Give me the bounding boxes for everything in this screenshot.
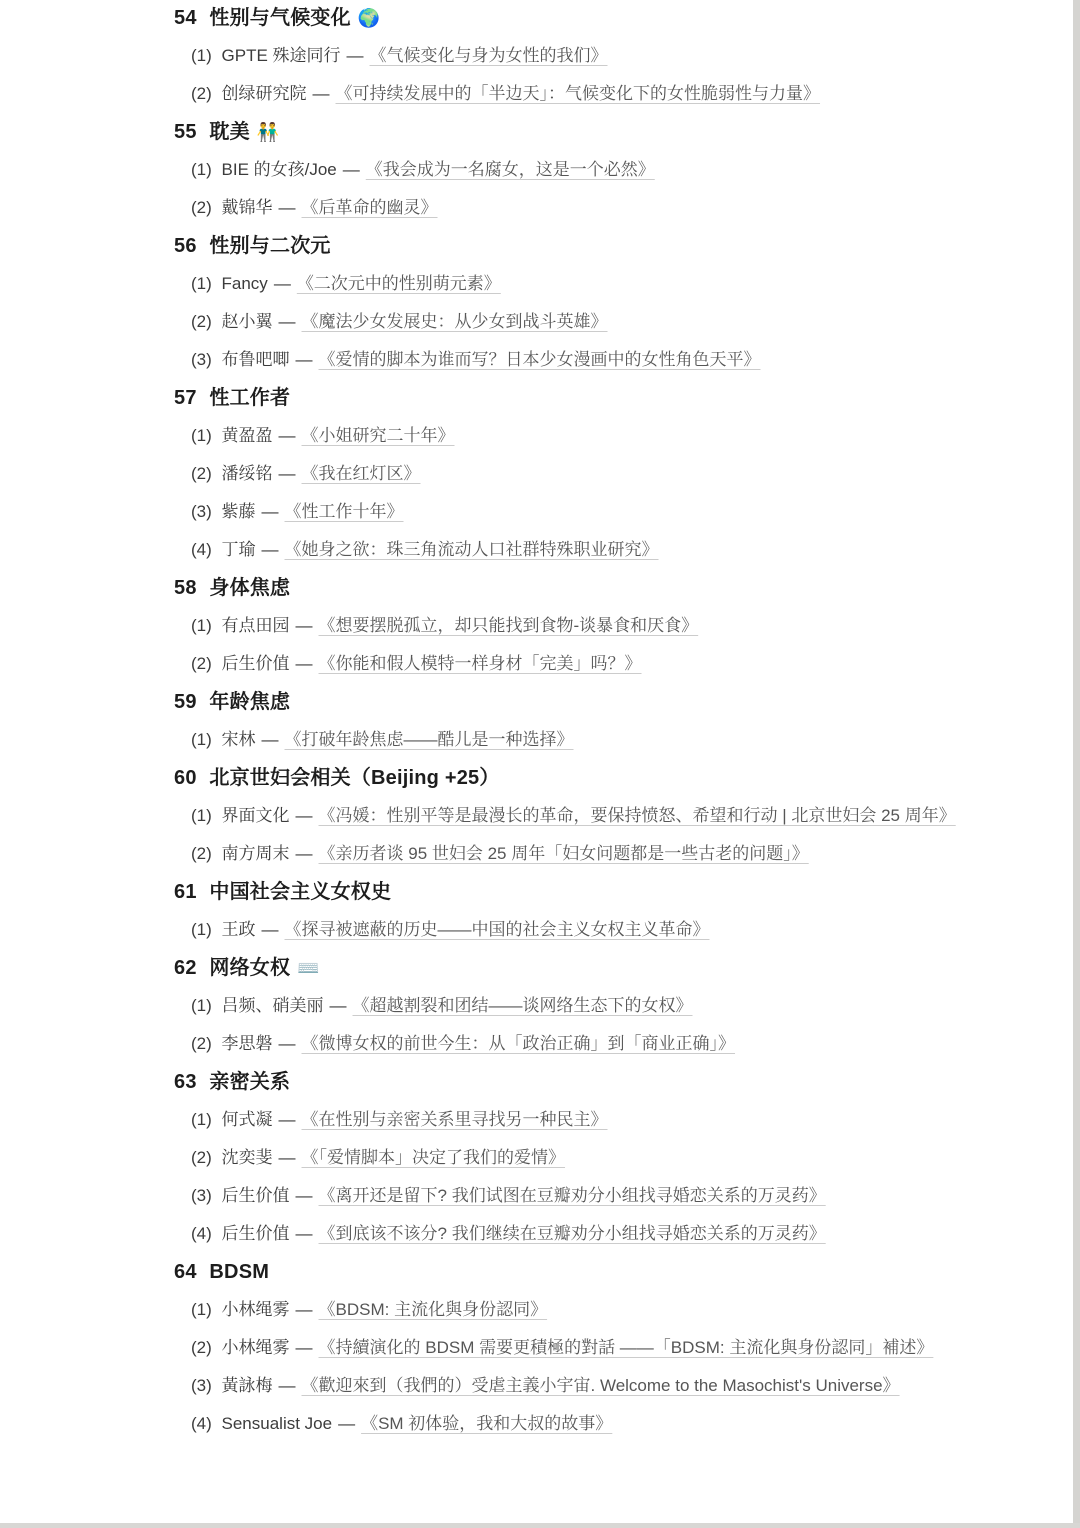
document-page: 54 性别与气候变化🌍 (1) GPTE 殊途同行—《气候变化与身为女性的我们》… (0, 0, 1080, 1528)
item-author: 黃詠梅 (217, 1376, 273, 1395)
list-item: (2) 戴锦华—《后革命的幽灵》 (191, 196, 1050, 220)
article-link[interactable]: 《气候变化与身为女性的我们》 (370, 46, 608, 65)
item-dash: — (279, 1376, 296, 1395)
section-heading: 64 BDSM (174, 1260, 1050, 1284)
article-link[interactable]: 《「爱情脚本」决定了我们的爱情》 (302, 1148, 566, 1167)
item-dash: — (296, 350, 313, 369)
item-dash: — (279, 426, 296, 445)
item-dash: — (296, 1300, 313, 1319)
item-dash: — (296, 654, 313, 673)
list-item: (1) 黄盈盈—《小姐研究二十年》 (191, 424, 1050, 448)
article-link[interactable]: 《歡迎來到（我們的）受虐主義小宇宙. Welcome to the Masoch… (302, 1376, 900, 1395)
section-title: 性工作者 (209, 387, 290, 409)
list-item: (3) 黃詠梅—《歡迎來到（我們的）受虐主義小宇宙. Welcome to th… (191, 1374, 1050, 1398)
item-dash: — (296, 844, 313, 863)
list-item: (1) 小林绳雾—《BDSM: 主流化與身份認同》 (191, 1298, 1050, 1322)
item-author: Fancy (217, 274, 268, 293)
list-item: (1) 王政—《探寻被遮蔽的历史——中国的社会主义女权主义革命》 (191, 918, 1050, 942)
section-items: (1) GPTE 殊途同行—《气候变化与身为女性的我们》 (2) 创绿研究院—《… (174, 44, 1050, 106)
item-dash: — (338, 1414, 355, 1433)
item-index: (1) (191, 160, 212, 179)
list-item: (2) 李思磐—《微博女权的前世今生：从「政治正确」到「商业正确」》 (191, 1032, 1050, 1056)
article-link[interactable]: 《后革命的幽灵》 (302, 198, 438, 217)
article-link[interactable]: 《SM 初体验，我和大叔的故事》 (361, 1414, 612, 1433)
section-number: 62 (174, 957, 202, 979)
section-items: (1) BIE 的女孩/Joe—《我会成为一名腐女，这是一个必然》 (2) 戴锦… (174, 158, 1050, 220)
item-author: 布鲁吧唧 (217, 350, 290, 369)
page-right-edge (1073, 0, 1080, 1528)
section-heading: 59 年龄焦虑 (174, 690, 1050, 714)
list-item: (4) Sensualist Joe—《SM 初体验，我和大叔的故事》 (191, 1412, 1050, 1436)
list-item: (2) 赵小翼—《魔法少女发展史：从少女到战斗英雄》 (191, 310, 1050, 334)
item-author: 丁瑜 (217, 540, 256, 559)
section-number: 63 (174, 1071, 202, 1093)
item-dash: — (279, 1148, 296, 1167)
list-item: (1) BIE 的女孩/Joe—《我会成为一名腐女，这是一个必然》 (191, 158, 1050, 182)
item-index: (2) (191, 654, 212, 673)
section-items: (1) 宋林—《打破年龄焦虑——酷儿是一种选择》 (174, 728, 1050, 752)
item-author: 后生价值 (217, 1186, 290, 1205)
item-dash: — (296, 806, 313, 825)
item-dash: — (279, 312, 296, 331)
article-link[interactable]: 《微博女权的前世今生：从「政治正确」到「商业正确」》 (302, 1034, 736, 1053)
list-item: (1) Fancy—《二次元中的性别萌元素》 (191, 272, 1050, 296)
item-dash: — (343, 160, 360, 179)
topic-section-58: 58 身体焦虑 (1) 有点田园—《想要摆脱孤立，却只能找到食物-谈暴食和厌食》… (174, 576, 1050, 676)
reading-list: 54 性别与气候变化🌍 (1) GPTE 殊途同行—《气候变化与身为女性的我们》… (174, 6, 1050, 1436)
section-title: 身体焦虑 (209, 577, 290, 599)
item-index: (1) (191, 46, 212, 65)
article-link[interactable]: 《离开还是留下? 我们试图在豆瓣劝分小组找寻婚恋关系的万灵药》 (319, 1186, 826, 1205)
list-item: (2) 南方周末—《亲历者谈 95 世妇会 25 周年「妇女问题都是一些古老的问… (191, 842, 1050, 866)
section-heading: 54 性别与气候变化🌍 (174, 6, 1050, 30)
item-index: (1) (191, 616, 212, 635)
article-link[interactable]: 《二次元中的性别萌元素》 (297, 274, 501, 293)
section-items: (1) Fancy—《二次元中的性别萌元素》 (2) 赵小翼—《魔法少女发展史：… (174, 272, 1050, 372)
list-item: (4) 后生价值—《到底该不该分? 我们继续在豆瓣劝分小组找寻婚恋关系的万灵药》 (191, 1222, 1050, 1246)
item-author: 小林绳雾 (217, 1338, 290, 1357)
item-dash: — (296, 1186, 313, 1205)
topic-section-63: 63 亲密关系 (1) 何式凝—《在性别与亲密关系里寻找另一种民主》 (2) 沈… (174, 1070, 1050, 1246)
section-number: 58 (174, 577, 202, 599)
article-link[interactable]: 《到底该不该分? 我们继续在豆瓣劝分小组找寻婚恋关系的万灵药》 (319, 1224, 826, 1243)
item-author: 南方周末 (217, 844, 290, 863)
item-dash: — (279, 1110, 296, 1129)
globe-icon: 🌍 (358, 8, 381, 28)
item-author: Sensualist Joe (217, 1414, 332, 1433)
article-link[interactable]: 《想要摆脱孤立，却只能找到食物-谈暴食和厌食》 (319, 616, 699, 635)
item-dash: — (279, 1034, 296, 1053)
item-dash: — (274, 274, 291, 293)
list-item: (3) 布鲁吧唧—《爱情的脚本为谁而写？日本少女漫画中的女性角色天平》 (191, 348, 1050, 372)
section-heading: 60 北京世妇会相关（Beijing +25） (174, 766, 1050, 790)
section-number: 56 (174, 235, 202, 257)
article-link[interactable]: 《小姐研究二十年》 (302, 426, 455, 445)
list-item: (3) 紫藤—《性工作十年》 (191, 500, 1050, 524)
list-item: (1) 何式凝—《在性别与亲密关系里寻找另一种民主》 (191, 1108, 1050, 1132)
article-link[interactable]: 《探寻被遮蔽的历史——中国的社会主义女权主义革命》 (285, 920, 710, 939)
topic-section-64: 64 BDSM (1) 小林绳雾—《BDSM: 主流化與身份認同》 (2) 小林… (174, 1260, 1050, 1436)
item-author: 后生价值 (217, 1224, 290, 1243)
section-items: (1) 王政—《探寻被遮蔽的历史——中国的社会主义女权主义革命》 (174, 918, 1050, 942)
section-title: 年龄焦虑 (209, 691, 290, 713)
section-number: 64 (174, 1261, 202, 1283)
item-author: 后生价值 (217, 654, 290, 673)
article-link[interactable]: 《BDSM: 主流化與身份認同》 (319, 1300, 548, 1319)
item-index: (1) (191, 920, 212, 939)
topic-section-60: 60 北京世妇会相关（Beijing +25） (1) 界面文化—《冯媛：性别平… (174, 766, 1050, 866)
article-link[interactable]: 《持續演化的 BDSM 需要更積極的對話 ——「BDSM: 主流化與身份認同」補… (319, 1338, 934, 1357)
item-dash: — (262, 540, 279, 559)
item-dash: — (279, 464, 296, 483)
topic-section-54: 54 性别与气候变化🌍 (1) GPTE 殊途同行—《气候变化与身为女性的我们》… (174, 6, 1050, 106)
item-index: (4) (191, 1414, 212, 1433)
item-index: (3) (191, 1376, 212, 1395)
item-author: 宋林 (217, 730, 256, 749)
item-author: 黄盈盈 (217, 426, 273, 445)
item-author: 吕频、硝美丽 (217, 996, 324, 1015)
item-author: 王政 (217, 920, 256, 939)
section-title: 耽美 (209, 121, 249, 143)
item-index: (1) (191, 1300, 212, 1319)
item-author: 紫藤 (217, 502, 256, 521)
section-heading: 55 耽美👬 (174, 120, 1050, 144)
item-index: (2) (191, 1338, 212, 1357)
section-title: 亲密关系 (209, 1071, 290, 1093)
item-index: (3) (191, 502, 212, 521)
item-dash: — (296, 1338, 313, 1357)
article-link[interactable]: 《我在红灯区》 (302, 464, 421, 483)
section-title: 性别与二次元 (209, 235, 330, 257)
item-index: (1) (191, 806, 212, 825)
item-index: (2) (191, 464, 212, 483)
topic-section-62: 62 网络女权⌨️ (1) 吕频、硝美丽—《超越割裂和团结——谈网络生态下的女权… (174, 956, 1050, 1056)
article-link[interactable]: 《可持续发展中的「半边天」：气候变化下的女性脆弱性与力量》 (336, 84, 821, 103)
article-link[interactable]: 《打破年龄焦虑——酷儿是一种选择》 (285, 730, 574, 749)
section-number: 60 (174, 767, 202, 789)
two-men-icon: 👬 (257, 122, 280, 142)
article-link[interactable]: 《我会成为一名腐女，这是一个必然》 (366, 160, 655, 179)
item-index: (1) (191, 426, 212, 445)
item-author: 有点田园 (217, 616, 290, 635)
section-number: 57 (174, 387, 202, 409)
item-dash: — (279, 198, 296, 217)
item-dash: — (330, 996, 347, 1015)
section-title: BDSM (209, 1261, 269, 1283)
list-item: (2) 后生价值—《你能和假人模特一样身材「完美」吗？》 (191, 652, 1050, 676)
article-link[interactable]: 《亲历者谈 95 世妇会 25 周年「妇女问题都是一些古老的问题」》 (319, 844, 809, 863)
item-author: BIE 的女孩/Joe (217, 160, 337, 179)
item-index: (3) (191, 350, 212, 369)
section-heading: 61 中国社会主义女权史 (174, 880, 1050, 904)
topic-section-61: 61 中国社会主义女权史 (1) 王政—《探寻被遮蔽的历史——中国的社会主义女权… (174, 880, 1050, 942)
item-index: (2) (191, 1034, 212, 1053)
section-items: (1) 有点田园—《想要摆脱孤立，却只能找到食物-谈暴食和厌食》 (2) 后生价… (174, 614, 1050, 676)
article-link[interactable]: 《魔法少女发展史：从少女到战斗英雄》 (302, 312, 608, 331)
item-author: 沈奕斐 (217, 1148, 273, 1167)
item-dash: — (296, 1224, 313, 1243)
item-index: (1) (191, 996, 212, 1015)
section-title: 性别与气候变化 (209, 7, 350, 29)
article-link[interactable]: 《你能和假人模特一样身材「完美」吗？》 (319, 654, 642, 673)
section-title: 中国社会主义女权史 (209, 881, 391, 903)
item-author: 戴锦华 (217, 198, 273, 217)
section-items: (1) 小林绳雾—《BDSM: 主流化與身份認同》 (2) 小林绳雾—《持續演化… (174, 1298, 1050, 1436)
list-item: (2) 潘绥铭—《我在红灯区》 (191, 462, 1050, 486)
item-index: (2) (191, 84, 212, 103)
item-dash: — (262, 730, 279, 749)
list-item: (4) 丁瑜—《她身之欲：珠三角流动人口社群特殊职业研究》 (191, 538, 1050, 562)
list-item: (1) 界面文化—《冯媛：性别平等是最漫长的革命，要保持愤怒、希望和行动 | 北… (191, 804, 1050, 828)
topic-section-57: 57 性工作者 (1) 黄盈盈—《小姐研究二十年》 (2) 潘绥铭—《我在红灯区… (174, 386, 1050, 562)
list-item: (1) 吕频、硝美丽—《超越割裂和团结——谈网络生态下的女权》 (191, 994, 1050, 1018)
item-author: 创绿研究院 (217, 84, 307, 103)
list-item: (2) 沈奕斐—《「爱情脚本」决定了我们的爱情》 (191, 1146, 1050, 1170)
item-dash: — (347, 46, 364, 65)
item-author: 何式凝 (217, 1110, 273, 1129)
item-author: 李思磐 (217, 1034, 273, 1053)
item-author: 潘绥铭 (217, 464, 273, 483)
item-index: (4) (191, 1224, 212, 1243)
item-index: (2) (191, 844, 212, 863)
section-heading: 57 性工作者 (174, 386, 1050, 410)
item-dash: — (262, 920, 279, 939)
item-index: (2) (191, 312, 212, 331)
topic-section-59: 59 年龄焦虑 (1) 宋林—《打破年龄焦虑——酷儿是一种选择》 (174, 690, 1050, 752)
article-link[interactable]: 《冯媛：性别平等是最漫长的革命，要保持愤怒、希望和行动 | 北京世妇会 25 周… (319, 806, 956, 825)
item-index: (1) (191, 730, 212, 749)
section-heading: 62 网络女权⌨️ (174, 956, 1050, 980)
item-index: (1) (191, 1110, 212, 1129)
list-item: (3) 后生价值—《离开还是留下? 我们试图在豆瓣劝分小组找寻婚恋关系的万灵药》 (191, 1184, 1050, 1208)
topic-section-55: 55 耽美👬 (1) BIE 的女孩/Joe—《我会成为一名腐女，这是一个必然》… (174, 120, 1050, 220)
section-items: (1) 吕频、硝美丽—《超越割裂和团结——谈网络生态下的女权》 (2) 李思磐—… (174, 994, 1050, 1056)
item-author: GPTE 殊途同行 (217, 46, 341, 65)
article-link[interactable]: 《她身之欲：珠三角流动人口社群特殊职业研究》 (285, 540, 659, 559)
section-number: 61 (174, 881, 202, 903)
item-author: 界面文化 (217, 806, 290, 825)
item-dash: — (296, 616, 313, 635)
item-dash: — (262, 502, 279, 521)
section-items: (1) 界面文化—《冯媛：性别平等是最漫长的革命，要保持愤怒、希望和行动 | 北… (174, 804, 1050, 866)
item-index: (4) (191, 540, 212, 559)
section-heading: 56 性别与二次元 (174, 234, 1050, 258)
item-index: (3) (191, 1186, 212, 1205)
page-bottom-edge (0, 1523, 1080, 1528)
item-index: (2) (191, 1148, 212, 1167)
item-index: (1) (191, 274, 212, 293)
list-item: (1) 宋林—《打破年龄焦虑——酷儿是一种选择》 (191, 728, 1050, 752)
section-number: 55 (174, 121, 202, 143)
article-link[interactable]: 《性工作十年》 (285, 502, 404, 521)
section-items: (1) 何式凝—《在性别与亲密关系里寻找另一种民主》 (2) 沈奕斐—《「爱情脚… (174, 1108, 1050, 1246)
article-link[interactable]: 《爱情的脚本为谁而写？日本少女漫画中的女性角色天平》 (319, 350, 761, 369)
item-author: 小林绳雾 (217, 1300, 290, 1319)
item-author: 赵小翼 (217, 312, 273, 331)
list-item: (1) 有点田园—《想要摆脱孤立，却只能找到食物-谈暴食和厌食》 (191, 614, 1050, 638)
section-title: 北京世妇会相关（Beijing +25） (209, 767, 499, 789)
section-items: (1) 黄盈盈—《小姐研究二十年》 (2) 潘绥铭—《我在红灯区》 (3) 紫藤… (174, 424, 1050, 562)
section-number: 54 (174, 7, 202, 29)
section-heading: 63 亲密关系 (174, 1070, 1050, 1094)
list-item: (2) 小林绳雾—《持續演化的 BDSM 需要更積極的對話 ——「BDSM: 主… (191, 1336, 1050, 1360)
topic-section-56: 56 性别与二次元 (1) Fancy—《二次元中的性别萌元素》 (2) 赵小翼… (174, 234, 1050, 372)
item-index: (2) (191, 198, 212, 217)
list-item: (1) GPTE 殊途同行—《气候变化与身为女性的我们》 (191, 44, 1050, 68)
section-title: 网络女权 (209, 957, 290, 979)
item-dash: — (313, 84, 330, 103)
section-number: 59 (174, 691, 202, 713)
list-item: (2) 创绿研究院—《可持续发展中的「半边天」：气候变化下的女性脆弱性与力量》 (191, 82, 1050, 106)
section-heading: 58 身体焦虑 (174, 576, 1050, 600)
keyboard-icon: ⌨️ (297, 958, 320, 978)
article-link[interactable]: 《在性别与亲密关系里寻找另一种民主》 (302, 1110, 608, 1129)
article-link[interactable]: 《超越割裂和团结——谈网络生态下的女权》 (353, 996, 693, 1015)
